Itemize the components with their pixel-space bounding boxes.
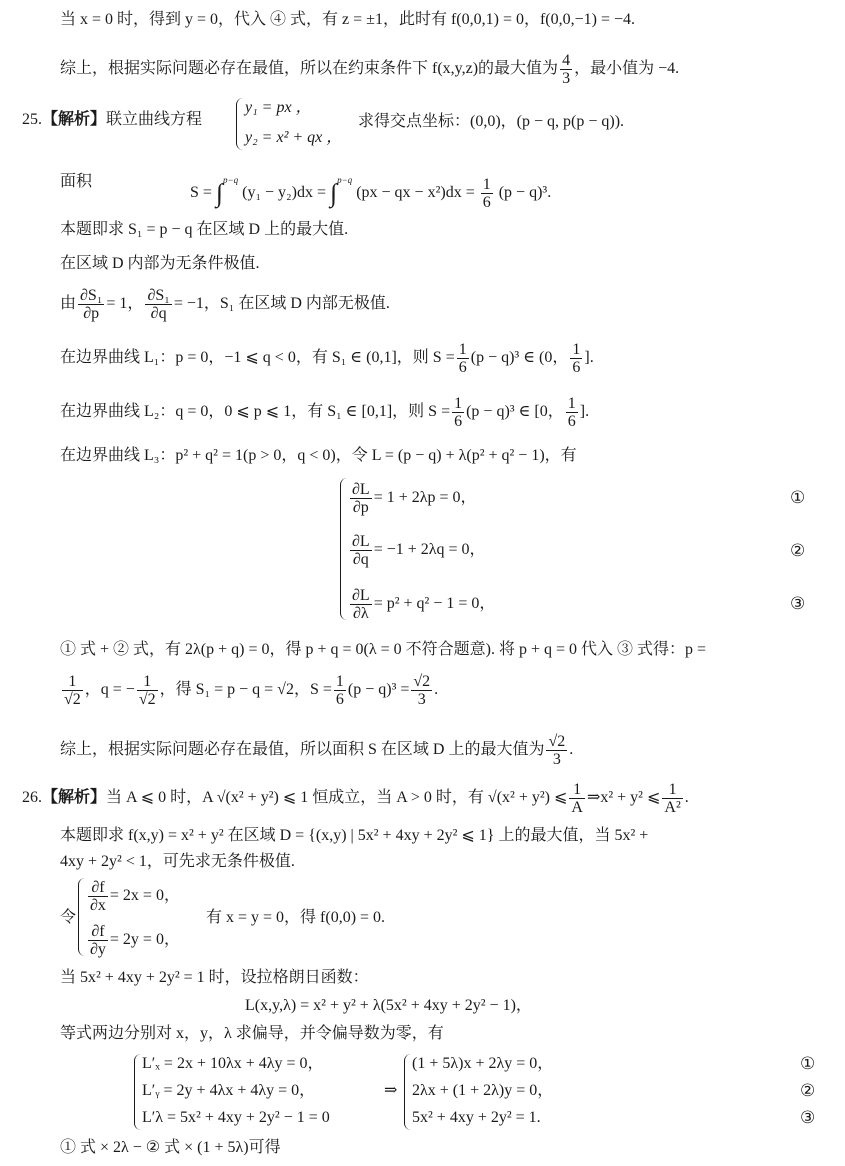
- numerator: √2: [546, 733, 567, 751]
- q26-goal: 本题即求 f(x,y) = x² + y² 在区域 D = {(x,y) | 5…: [60, 826, 648, 846]
- lagrange-eq-3: ∂L∂λ= p² + q² − 1 = 0，: [348, 584, 495, 624]
- lagrange-function: L(x,y,λ) = x² + y² + λ(5x² + 4xy + 2y² −…: [245, 996, 532, 1016]
- denominator: 6: [570, 359, 582, 376]
- q26-header: 26.【解析】当 A ⩽ 0 时，A √(x² + y²) ⩽ 1 恒成立，当 …: [22, 778, 689, 818]
- rhs: = −1 + 2λq = 0，: [374, 541, 486, 558]
- partial-fx: ∂f∂x= 2x = 0，: [86, 876, 180, 916]
- numerator: 1: [452, 395, 464, 413]
- let-text: 令: [60, 908, 76, 928]
- value: = −1，S₁ 在区域 D 内部无极值.: [174, 295, 390, 312]
- denominator: A²: [662, 799, 682, 816]
- numerator: 1: [481, 176, 493, 194]
- text: .: [685, 789, 689, 806]
- denominator: 6: [334, 691, 346, 708]
- numerator: ∂L: [350, 587, 372, 605]
- brace: [78, 878, 85, 956]
- partial: ∂L∂λ: [350, 587, 372, 622]
- text: .: [434, 681, 438, 698]
- lagrange-eq-2: ∂L∂q= −1 + 2λq = 0，: [348, 530, 486, 570]
- q25-header: 25.【解析】联立曲线方程: [22, 110, 202, 130]
- implies-arrow-icon: ⇒: [384, 1081, 397, 1101]
- eq-marker-3: ③: [800, 1108, 815, 1128]
- prefix: 由: [60, 295, 76, 312]
- numerator: 1: [662, 781, 682, 799]
- numerator: 1: [566, 395, 578, 413]
- partial: ∂L∂p: [350, 481, 372, 516]
- integral-icon: ∫: [216, 178, 223, 207]
- system-eq-2: y₂ = x² + qx ，: [245, 128, 342, 148]
- denominator: A: [569, 799, 585, 816]
- system-result: 有 x = y = 0，得 f(0,0) = 0.: [206, 908, 385, 928]
- right-sys-2: 2λx + (1 + 2λ)y = 0，: [412, 1081, 553, 1101]
- brace: [404, 1054, 411, 1130]
- eq-marker-2: ②: [800, 1081, 815, 1101]
- denominator: ∂p: [78, 305, 104, 322]
- partial: ∂L∂q: [350, 533, 372, 568]
- value: = 1，: [106, 295, 143, 312]
- fraction: 1A: [569, 781, 585, 816]
- numerator: ∂f: [88, 923, 108, 941]
- left-sys-3: L′λ = 5x² + 4xy + 2y² − 1 = 0: [142, 1108, 330, 1128]
- denominator: ∂q: [350, 551, 372, 568]
- text: ].: [580, 403, 589, 420]
- area-label: 面积: [60, 172, 92, 192]
- system-eq-1: y₁ = px ，: [245, 98, 312, 118]
- denominator: √2: [62, 691, 83, 708]
- denominator: ∂λ: [350, 605, 372, 622]
- q25-conclusion: 综上，根据实际问题必存在最值，所以面积 S 在区域 D 上的最大值为√23.: [60, 730, 573, 770]
- combine-text: ① 式 + ② 式，有 2λ(p + q) = 0，得 p + q = 0(λ …: [60, 640, 706, 660]
- q26-goal-cont: 4xy + 2y² < 1，可先求无条件极值.: [60, 852, 295, 872]
- analysis-tag: 【解析】: [42, 111, 106, 128]
- area-formula: S = ∫p−q (y₁ − y₂)dx = ∫p−q (px − qx − x…: [190, 162, 551, 211]
- intersection-text: 求得交点坐标：(0,0)，(p − q, p(p − q)).: [358, 112, 624, 132]
- text: (p − q)³ ∈ (0，: [471, 349, 569, 366]
- text: 综上，根据实际问题必存在最值，所以面积 S 在区域 D 上的最大值为: [60, 741, 544, 758]
- question-number: 26.: [22, 789, 42, 806]
- derivative-line: 由∂S₁∂p= 1，∂S₁∂q= −1，S₁ 在区域 D 内部无极值.: [60, 284, 390, 324]
- text: .: [569, 741, 573, 758]
- text-line-case-x0: 当 x = 0 时，得到 y = 0，代入 ④ 式，有 z = ±1，此时有 f…: [60, 10, 635, 30]
- text: ].: [584, 349, 593, 366]
- partial-intro: 等式两边分别对 x，y，λ 求偏导，并令偏导数为零，有: [60, 1024, 444, 1044]
- partial-s1-q: ∂S₁∂q: [145, 287, 171, 322]
- boundary-l2: 在边界曲线 L₂：q = 0，0 ⩽ p ⩽ 1，有 S₁ ∈ [0,1]，则 …: [60, 392, 589, 432]
- eq-marker-2: ②: [790, 541, 805, 561]
- numerator: ∂S₁: [78, 287, 104, 305]
- fraction: 16: [457, 341, 469, 376]
- numerator: 1: [457, 341, 469, 359]
- denominator: √2: [137, 691, 158, 708]
- fraction: 16: [334, 673, 346, 708]
- denominator: 6: [457, 359, 469, 376]
- numerator: √2: [411, 673, 432, 691]
- partial: ∂f∂x: [88, 879, 108, 914]
- fraction: 16: [570, 341, 582, 376]
- denominator: 6: [452, 413, 464, 430]
- fraction: 1A²: [662, 781, 682, 816]
- numerator: 1: [570, 341, 582, 359]
- brace: [134, 1054, 141, 1130]
- fraction: √23: [411, 673, 432, 708]
- fraction: 16: [452, 395, 464, 430]
- rhs: = 2x = 0，: [110, 887, 180, 904]
- left-sys-2: L′ᵧ = 2y + 4λx + 4λy = 0，: [142, 1081, 315, 1101]
- text-line-conclusion-prev: 综上，根据实际问题必存在最值，所以在约束条件下 f(x,y,z)的最大值为43，…: [60, 52, 679, 87]
- brace: [236, 98, 243, 150]
- rhs: = 2y = 0，: [110, 931, 180, 948]
- denominator: ∂y: [88, 941, 108, 958]
- numerator: 1: [569, 781, 585, 799]
- partial-s1-p: ∂S₁∂p: [78, 287, 104, 322]
- goal-text: 本题即求 S₁ = p − q 在区域 D 上的最大值.: [60, 220, 348, 240]
- eq-marker-1: ①: [800, 1054, 815, 1074]
- text: (p − q)³ ∈ [0，: [466, 403, 564, 420]
- integral-upper: p−q: [337, 175, 352, 185]
- eq-marker-3: ③: [790, 594, 805, 614]
- fraction-four-thirds: 43: [560, 52, 572, 87]
- conclusion-text: 综上，根据实际问题必存在最值，所以在约束条件下 f(x,y,z)的最大值为: [60, 60, 558, 77]
- left-sys-1: L′ₓ = 2x + 10λx + 4λy = 0，: [142, 1054, 324, 1074]
- lagrange-eq-1: ∂L∂p= 1 + 2λp = 0，: [348, 478, 477, 518]
- text: ，得 S₁ = p − q = √2，S =: [160, 681, 332, 698]
- area-lhs: S =: [190, 184, 212, 201]
- question-number: 25.: [22, 111, 42, 128]
- denominator: 3: [546, 751, 567, 768]
- fraction: 16: [566, 395, 578, 430]
- lagrange-intro: 当 5x² + 4xy + 2y² = 1 时，设拉格朗日函数：: [60, 968, 369, 988]
- fraction: 1√2: [62, 673, 83, 708]
- brace: [340, 478, 347, 620]
- denominator: 3: [411, 691, 432, 708]
- text: 当 A ⩽ 0 时，A √(x² + y²) ⩽ 1 恒成立，当 A > 0 时…: [106, 789, 567, 806]
- fraction: √23: [546, 733, 567, 768]
- denominator: 6: [566, 413, 578, 430]
- numerator: 1: [334, 673, 346, 691]
- area-mid2: (px − qx − x²)dx =: [356, 184, 475, 201]
- eq-marker-1: ①: [790, 488, 805, 508]
- numerator: ∂L: [350, 533, 372, 551]
- final-step: ① 式 × 2λ − ② 式 × (1 + 5λ)可得: [60, 1138, 281, 1158]
- rhs: = 1 + 2λp = 0，: [374, 489, 477, 506]
- text: ，q = −: [85, 681, 135, 698]
- conclusion-tail: ，最小值为 −4.: [574, 60, 679, 77]
- numerator: 1: [137, 673, 158, 691]
- right-sys-1: (1 + 5λ)x + 2λy = 0，: [412, 1054, 553, 1074]
- text: 在边界曲线 L₂：q = 0，0 ⩽ p ⩽ 1，有 S₁ ∈ [0,1]，则 …: [60, 403, 450, 420]
- denominator: ∂p: [350, 499, 372, 516]
- fraction-one-sixth: 16: [481, 176, 493, 211]
- denominator: 6: [481, 194, 493, 211]
- area-mid: (y₁ − y₂)dx =: [242, 184, 326, 201]
- integral-upper: p−q: [223, 175, 238, 185]
- solution-line: 1√2，q = −1√2，得 S₁ = p − q = √2，S =16(p −…: [60, 670, 438, 710]
- numerator: ∂S₁: [145, 287, 171, 305]
- numerator: 4: [560, 52, 572, 70]
- rhs: = p² + q² − 1 = 0，: [374, 595, 496, 612]
- boundary-l3: 在边界曲线 L₃：p² + q² = 1(p > 0，q < 0)，令 L = …: [60, 446, 577, 466]
- numerator: ∂L: [350, 481, 372, 499]
- fraction: 1√2: [137, 673, 158, 708]
- numerator: ∂f: [88, 879, 108, 897]
- text: (p − q)³ =: [348, 681, 410, 698]
- area-rhs: (p − q)³.: [499, 184, 551, 201]
- intro-text: 联立曲线方程: [106, 111, 202, 128]
- text: 在边界曲线 L₁：p = 0，−1 ⩽ q < 0，有 S₁ ∈ (0,1]，则…: [60, 349, 455, 366]
- denominator: ∂q: [145, 305, 171, 322]
- right-sys-3: 5x² + 4xy + 2y² = 1.: [412, 1108, 541, 1128]
- interior-text: 在区域 D 内部为无条件极值.: [60, 254, 260, 274]
- partial: ∂f∂y: [88, 923, 108, 958]
- partial-fy: ∂f∂y= 2y = 0，: [86, 920, 180, 960]
- denominator: ∂x: [88, 897, 108, 914]
- boundary-l1: 在边界曲线 L₁：p = 0，−1 ⩽ q < 0，有 S₁ ∈ (0,1]，则…: [60, 338, 594, 378]
- analysis-tag: 【解析】: [42, 789, 106, 806]
- denominator: 3: [560, 70, 572, 87]
- text: ⇒x² + y² ⩽: [587, 789, 660, 806]
- numerator: 1: [62, 673, 83, 691]
